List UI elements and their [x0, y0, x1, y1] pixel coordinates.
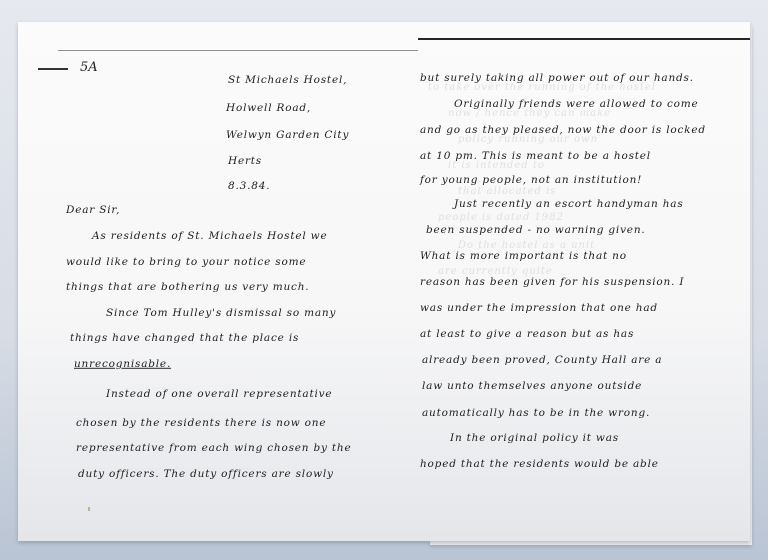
body-line: automatically has to be in the wrong. [422, 407, 650, 418]
body-line: for young people, not an institution! [420, 174, 642, 185]
body-line: at least to give a reason but as has [420, 328, 634, 339]
reference-number: 5A [80, 60, 98, 75]
body-line: hoped that the residents would be able [420, 458, 659, 469]
top-rule-right [418, 38, 750, 40]
body-line: Since Tom Hulley's dismissal so many [106, 307, 336, 318]
address-line: St Michaels Hostel, [228, 74, 347, 85]
body-line: Just recently an escort handyman has [454, 198, 684, 209]
letter-sheet: 5A to take over the running of the hoste… [18, 22, 750, 541]
body-line: In the original policy it was [450, 432, 619, 443]
body-line: representative from each wing chosen by … [76, 442, 352, 453]
body-line: would like to bring to your notice some [66, 256, 306, 267]
reference-dash [38, 68, 68, 70]
body-line: things have changed that the place is [70, 332, 299, 343]
paper-speck [88, 507, 90, 511]
address-line: Holwell Road, [226, 102, 311, 113]
body-line: was under the impression that one had [420, 302, 658, 313]
body-line: already been proved, County Hall are a [422, 354, 662, 365]
address-line: Herts [228, 155, 262, 166]
body-line: duty officers. The duty officers are slo… [78, 468, 334, 479]
body-line: things that are bothering us very much. [66, 281, 309, 292]
body-line: been suspended - no warning given. [426, 224, 646, 235]
top-rule-left [58, 50, 418, 51]
body-line: Instead of one overall representative [106, 388, 332, 399]
body-line: and go as they pleased, now the door is … [420, 124, 706, 135]
body-line: at 10 pm. This is meant to be a hostel [420, 150, 651, 161]
body-line: unrecognisable. [74, 358, 171, 369]
body-line: Originally friends were allowed to come [454, 98, 699, 109]
address-line: Welwyn Garden City [226, 129, 349, 140]
body-line: What is more important is that no [420, 250, 627, 261]
body-line: law unto themselves anyone outside [422, 380, 642, 391]
show-through-line: people is dated 1982 [438, 212, 564, 223]
body-line: As residents of St. Michaels Hostel we [92, 230, 327, 241]
show-through-line: that allocated is [458, 186, 556, 197]
salutation: Dear Sir, [66, 204, 120, 215]
body-line: but surely taking all power out of our h… [420, 72, 694, 83]
letter-date: 8.3.84. [228, 180, 270, 191]
body-line: chosen by the residents there is now one [76, 417, 326, 428]
body-line: reason has been given for his suspension… [420, 276, 684, 287]
